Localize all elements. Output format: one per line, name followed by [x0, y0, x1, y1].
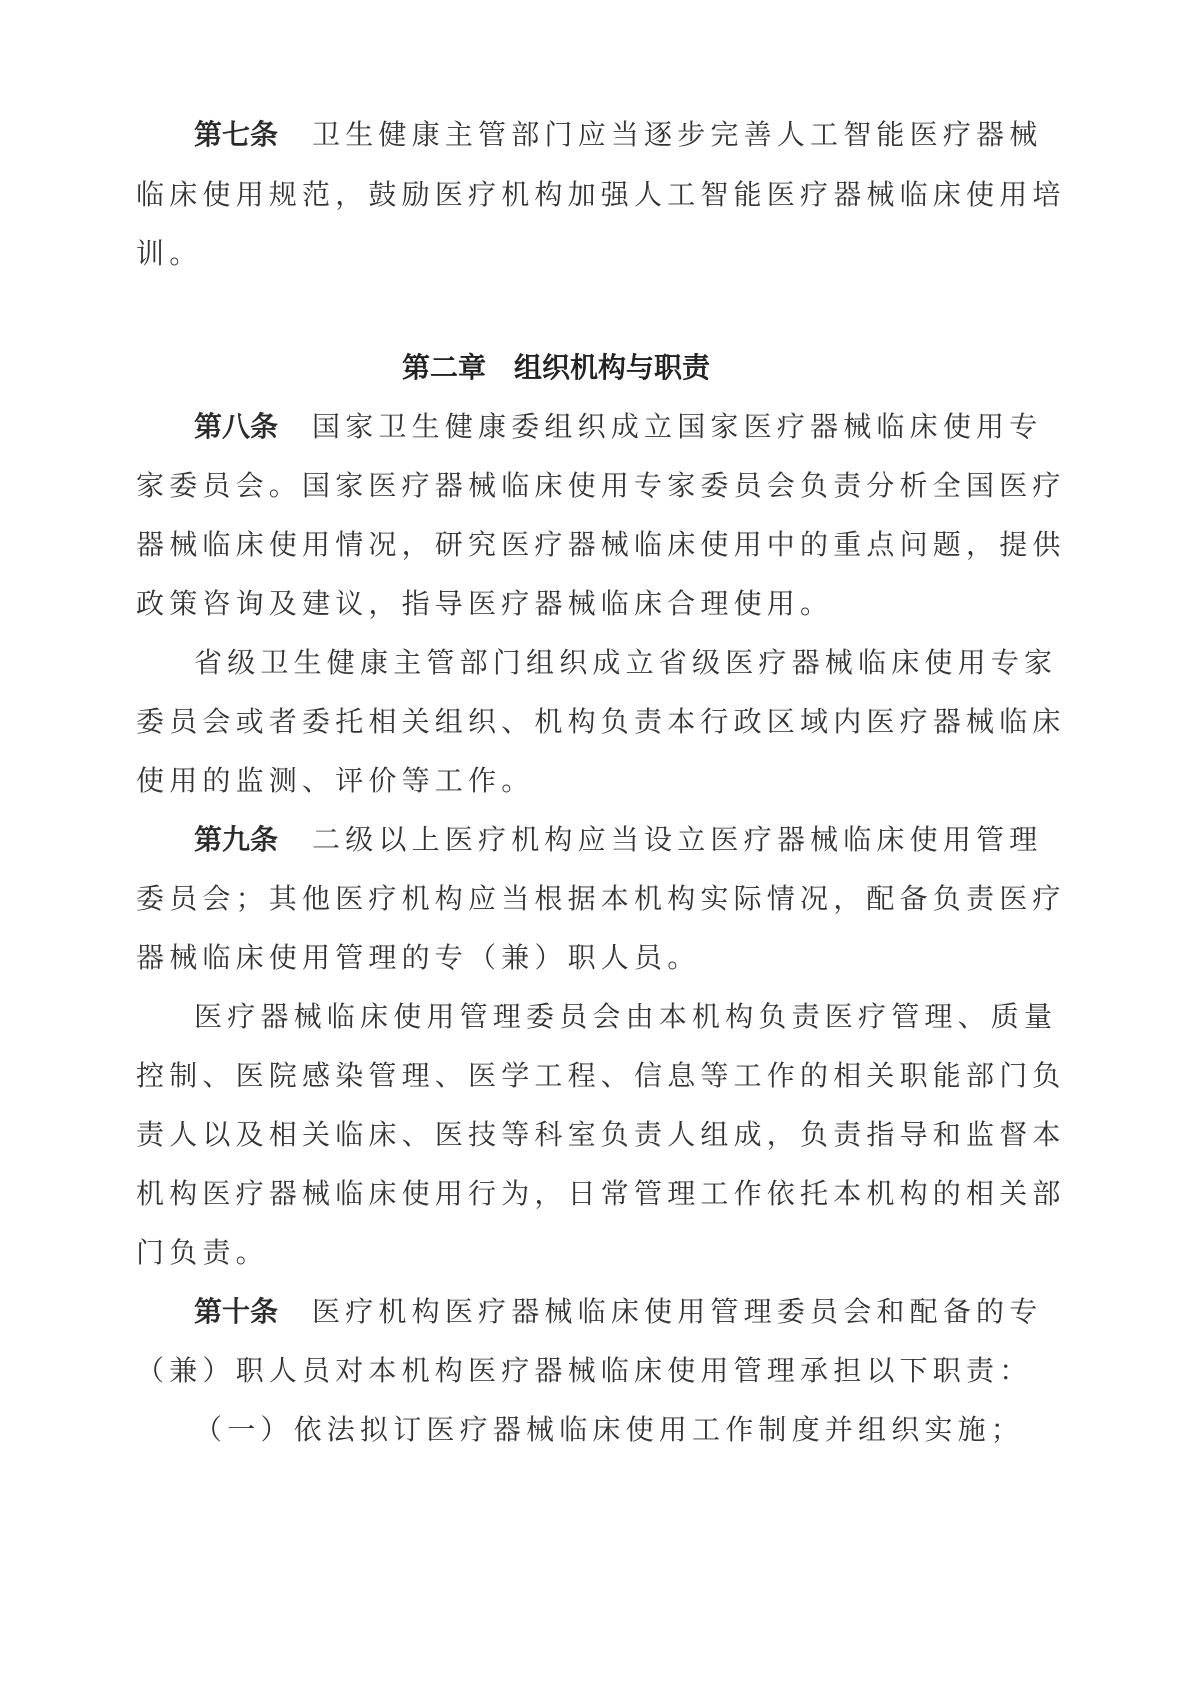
chapter-heading: 第二章 组织机构与职责 [136, 348, 976, 388]
article-9-line-2: 委员会；其他医疗机构应当根据本机构实际情况，配备负责医疗 [136, 879, 976, 919]
article-label: 第九条 [194, 823, 278, 856]
article-10-line-1: 第十条医疗机构医疗器械临床使用管理委员会和配备的专 [136, 1292, 1034, 1332]
paragraph-provincial-line-1: 省级卫生健康主管部门组织成立省级医疗器械临床使用专家 [136, 643, 1034, 683]
paragraph-committee-line-3: 责人以及相关临床、医技等科室负责人组成，负责指导和监督本 [136, 1115, 976, 1155]
article-8-line-1: 第八条国家卫生健康委组织成立国家医疗器械临床使用专 [136, 407, 1034, 447]
article-8-line-2: 家委员会。国家医疗器械临床使用专家委员会负责分析全国医疗 [136, 466, 976, 506]
paragraph-provincial-line-3: 使用的监测、评价等工作。 [136, 761, 976, 801]
paragraph-committee-line-4: 机构医疗器械临床使用行为，日常管理工作依托本机构的相关部 [136, 1174, 976, 1214]
article-9-line-1: 第九条二级以上医疗机构应当设立医疗器械临床使用管理 [136, 820, 1034, 860]
list-item-1: （一）依法拟订医疗器械临床使用工作制度并组织实施； [136, 1410, 1034, 1450]
paragraph-committee-line-2: 控制、医院感染管理、医学工程、信息等工作的相关职能部门负 [136, 1056, 976, 1096]
article-9-line-3: 器械临床使用管理的专（兼）职人员。 [136, 938, 976, 978]
article-label: 第八条 [194, 410, 278, 443]
article-label: 第十条 [194, 1295, 278, 1328]
article-7-line-2: 临床使用规范，鼓励医疗机构加强人工智能医疗器械临床使用培 [136, 175, 976, 215]
article-label: 第七条 [194, 118, 278, 151]
paragraph-committee-line-1: 医疗器械临床使用管理委员会由本机构负责医疗管理、质量 [136, 997, 1034, 1037]
article-10-line-2: （兼）职人员对本机构医疗器械临床使用管理承担以下职责： [136, 1351, 976, 1391]
paragraph-committee-line-5: 门负责。 [136, 1233, 976, 1273]
article-7-line-3: 训。 [136, 234, 976, 274]
article-7-line-1: 第七条卫生健康主管部门应当逐步完善人工智能医疗器械 [136, 115, 1034, 155]
article-8-line-3: 器械临床使用情况，研究医疗器械临床使用中的重点问题，提供 [136, 525, 976, 565]
paragraph-provincial-line-2: 委员会或者委托相关组织、机构负责本行政区域内医疗器械临床 [136, 702, 976, 742]
article-8-line-4: 政策咨询及建议，指导医疗器械临床合理使用。 [136, 584, 976, 624]
